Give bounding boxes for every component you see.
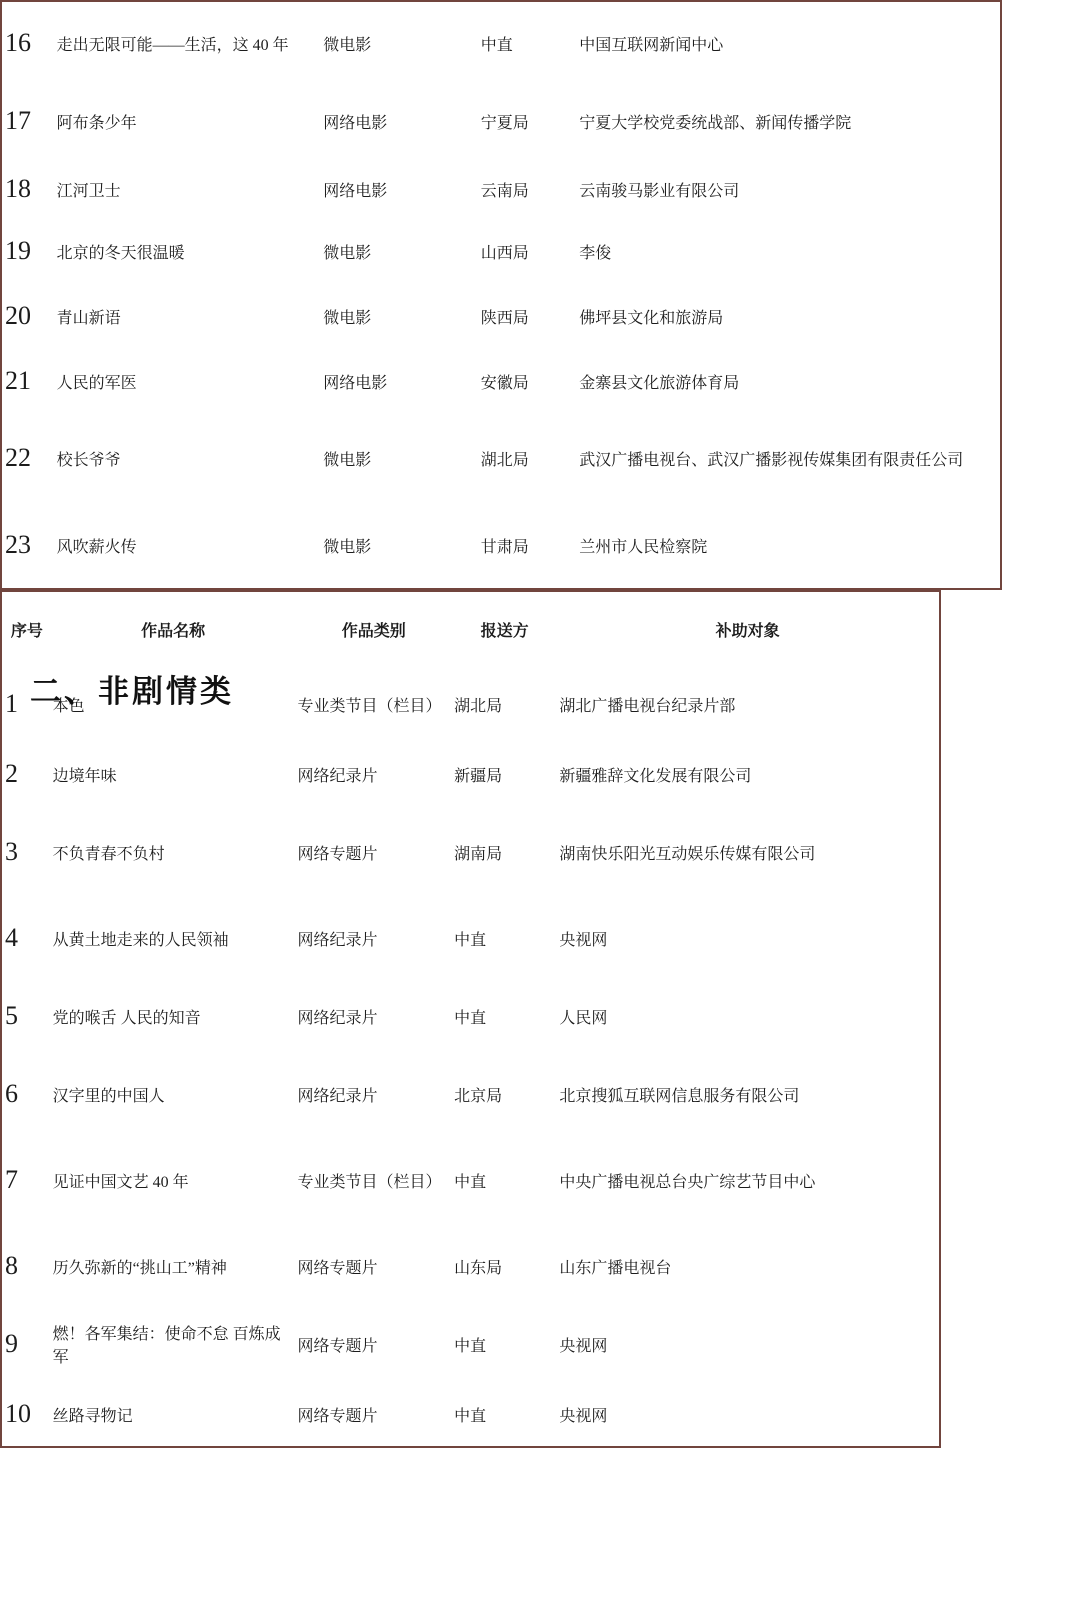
subsidy-target: 人民网 [558,978,937,1054]
row-number: 22 [4,414,54,502]
row-number: 2 [4,744,50,804]
header-type: 作品类别 [297,594,452,664]
table-row: 5 党的喉舌 人民的知音 网络纪录片 中直 人民网 [4,978,937,1054]
row-number: 19 [4,220,54,282]
table-row: 21 人民的军医 网络电影 安徽局 金寨县文化旅游体育局 [4,350,998,412]
table-row: 10 丝路寻物记 网络专题片 中直 央视网 [4,1384,937,1444]
table-row: 18 江河卫士 网络电影 云南局 云南骏马影业有限公司 [4,160,998,218]
header-title: 作品名称 [52,594,295,664]
row-number: 8 [4,1228,50,1304]
table-row: 16 走出无限可能——生活，这 40 年 微电影 中直 中国互联网新闻中心 [4,4,998,82]
work-type: 网络纪录片 [297,744,452,804]
submitter: 新疆局 [453,744,556,804]
submitter: 湖北局 [453,666,556,742]
subsidy-target: 北京搜狐互联网信息服务有限公司 [558,1056,937,1132]
submitter: 宁夏局 [480,84,577,158]
table-row: 9 燃！各军集结：使命不怠 百炼成军 网络专题片 中直 央视网 [4,1306,937,1382]
work-type: 网络电影 [322,350,477,412]
work-type: 微电影 [322,414,477,502]
submitter: 山西局 [480,220,577,282]
subsidy-target: 湖北广播电视台纪录片部 [558,666,937,742]
submitter: 中直 [453,1384,556,1444]
work-title: 丝路寻物记 [52,1384,295,1444]
work-title: 党的喉舌 人民的知音 [52,978,295,1054]
subsidy-target: 中央广播电视总台央广综艺节目中心 [558,1134,937,1226]
work-title: 边境年味 [52,744,295,804]
work-type: 网络电影 [322,84,477,158]
header-no: 序号 [4,594,50,664]
work-title: 走出无限可能——生活，这 40 年 [56,4,321,82]
work-title: 历久弥新的“挑山工”精神 [52,1228,295,1304]
header-submitter: 报送方 [453,594,556,664]
work-title: 人民的军医 [56,350,321,412]
row-number: 17 [4,84,54,158]
row-number: 3 [4,806,50,898]
row-number: 16 [4,4,54,82]
table-row: 17 阿布条少年 网络电影 宁夏局 宁夏大学校党委统战部、新闻传播学院 [4,84,998,158]
work-title: 从黄土地走来的人民领袖 [52,900,295,976]
table-row: 19 北京的冬天很温暖 微电影 山西局 李俊 [4,220,998,282]
subsidy-target: 新疆雅辞文化发展有限公司 [558,744,937,804]
submitter: 陕西局 [480,284,577,348]
subsidy-target: 山东广播电视台 [558,1228,937,1304]
work-type: 网络纪录片 [297,1056,452,1132]
table-row: 22 校长爷爷 微电影 湖北局 武汉广播电视台、武汉广播影视传媒集团有限责任公司 [4,414,998,502]
subsidy-target: 中国互联网新闻中心 [578,4,998,82]
table-row: 4 从黄土地走来的人民领袖 网络纪录片 中直 央视网 [4,900,937,976]
submitter: 中直 [453,978,556,1054]
work-type: 网络纪录片 [297,900,452,976]
work-title: 江河卫士 [56,160,321,218]
subsidy-target: 金寨县文化旅游体育局 [578,350,998,412]
work-title: 不负青春不负村 [52,806,295,898]
submitter: 中直 [453,1306,556,1382]
subsidy-target: 李俊 [578,220,998,282]
table-row: 3 不负青春不负村 网络专题片 湖南局 湖南快乐阳光互动娱乐传媒有限公司 [4,806,937,898]
table-row: 20 青山新语 微电影 陕西局 佛坪县文化和旅游局 [4,284,998,348]
row-number: 10 [4,1384,50,1444]
work-title: 燃！各军集结：使命不怠 百炼成军 [52,1306,295,1382]
submitter: 湖北局 [480,414,577,502]
submitter: 山东局 [453,1228,556,1304]
table-row: 6 汉字里的中国人 网络纪录片 北京局 北京搜狐互联网信息服务有限公司 [4,1056,937,1132]
row-number: 7 [4,1134,50,1226]
row-number: 6 [4,1056,50,1132]
work-type: 微电影 [322,504,477,586]
subsidy-target: 央视网 [558,900,937,976]
row-number: 20 [4,284,54,348]
work-title: 见证中国文艺 40 年 [52,1134,295,1226]
work-type: 网络专题片 [297,1306,452,1382]
work-type: 网络专题片 [297,806,452,898]
submitter: 安徽局 [480,350,577,412]
table-row: 7 见证中国文艺 40 年 专业类节目（栏目） 中直 中央广播电视总台央广综艺节… [4,1134,937,1226]
work-title: 汉字里的中国人 [52,1056,295,1132]
submitter: 北京局 [453,1056,556,1132]
submitter: 云南局 [480,160,577,218]
work-type: 网络电影 [322,160,477,218]
row-number: 18 [4,160,54,218]
row-number: 23 [4,504,54,586]
subsidy-target: 湖南快乐阳光互动娱乐传媒有限公司 [558,806,937,898]
row-number: 21 [4,350,54,412]
submitter: 中直 [453,1134,556,1226]
work-type: 微电影 [322,4,477,82]
subsidy-target: 佛坪县文化和旅游局 [578,284,998,348]
subsidy-target: 武汉广播电视台、武汉广播影视传媒集团有限责任公司 [578,414,998,502]
submitter: 甘肃局 [480,504,577,586]
submitter: 中直 [453,900,556,976]
work-type: 专业类节目（栏目） [297,1134,452,1226]
row-number: 9 [4,1306,50,1382]
header-target: 补助对象 [558,594,937,664]
subsidy-target: 央视网 [558,1306,937,1382]
submitter: 中直 [480,4,577,82]
work-title: 风吹薪火传 [56,504,321,586]
row-number: 5 [4,978,50,1054]
work-type: 网络专题片 [297,1384,452,1444]
work-type: 网络专题片 [297,1228,452,1304]
work-type: 网络纪录片 [297,978,452,1054]
non-drama-category-table: 序号 作品名称 作品类别 报送方 补助对象 1 本色 专业类节目（栏目） 湖北局… [0,590,941,1448]
subsidy-target: 兰州市人民检察院 [578,504,998,586]
subsidy-target: 云南骏马影业有限公司 [578,160,998,218]
table-header-row: 序号 作品名称 作品类别 报送方 补助对象 [4,594,937,664]
work-title: 青山新语 [56,284,321,348]
work-type: 微电影 [322,284,477,348]
work-title: 阿布条少年 [56,84,321,158]
work-title: 北京的冬天很温暖 [56,220,321,282]
submitter: 湖南局 [453,806,556,898]
drama-category-table: 16 走出无限可能——生活，这 40 年 微电影 中直 中国互联网新闻中心 17… [0,0,1002,590]
table-row: 8 历久弥新的“挑山工”精神 网络专题片 山东局 山东广播电视台 [4,1228,937,1304]
work-title: 校长爷爷 [56,414,321,502]
subsidy-target: 央视网 [558,1384,937,1444]
row-number: 4 [4,900,50,976]
work-type: 专业类节目（栏目） [297,666,452,742]
table-row: 23 风吹薪火传 微电影 甘肃局 兰州市人民检察院 [4,504,998,586]
work-type: 微电影 [322,220,477,282]
table-row: 2 边境年味 网络纪录片 新疆局 新疆雅辞文化发展有限公司 [4,744,937,804]
section-heading: 二、非剧情类 [30,666,234,711]
subsidy-target: 宁夏大学校党委统战部、新闻传播学院 [578,84,998,158]
